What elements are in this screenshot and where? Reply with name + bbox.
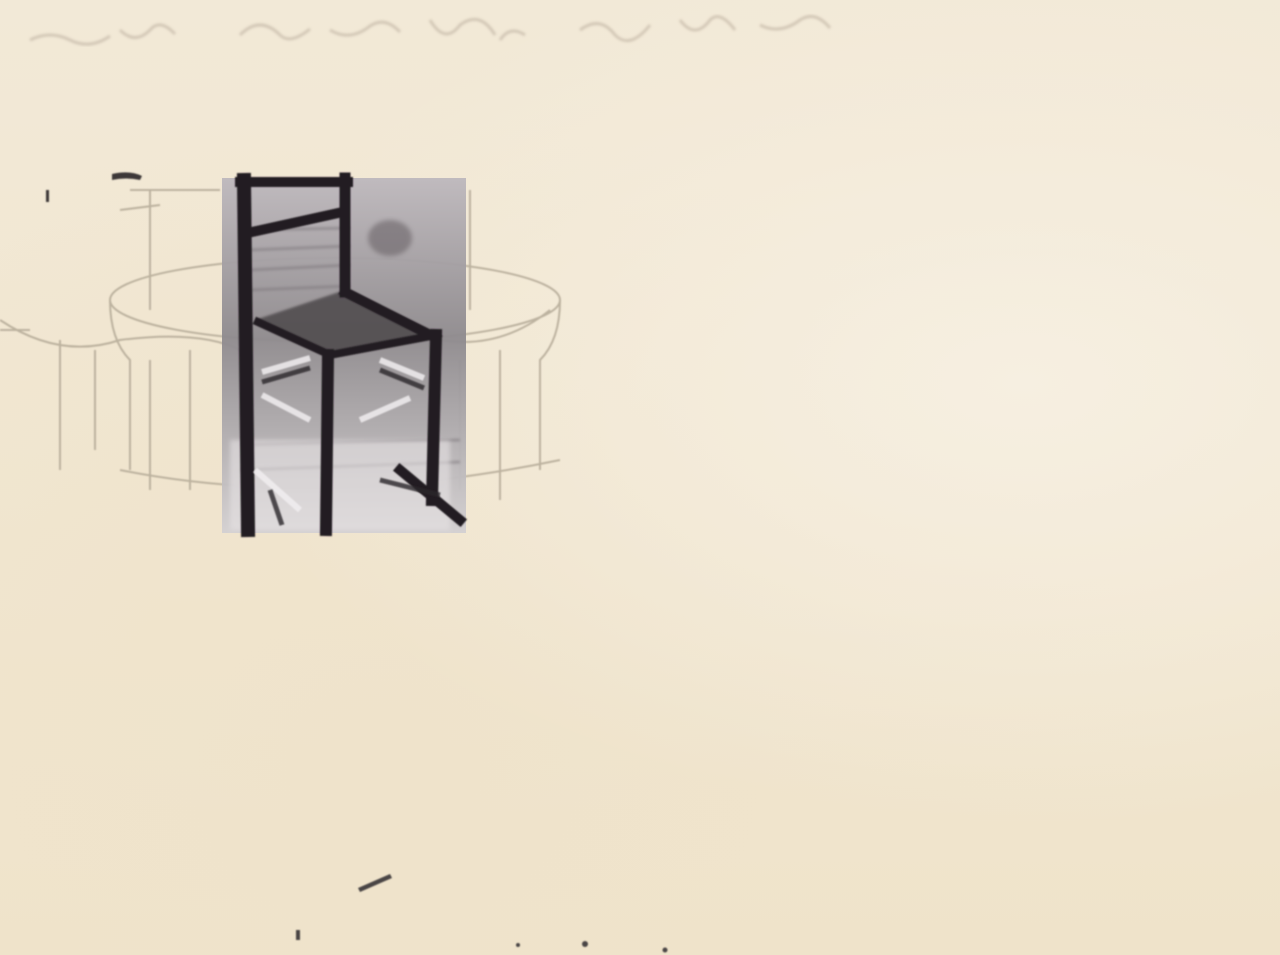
bottom-graphite-marks [296,874,668,953]
chair-collage [222,178,466,533]
artwork-drawing [0,0,1280,955]
graphite-marks-top-left [46,172,142,202]
artwork-canvas: Chair drawing with collage [0,0,1280,955]
faint-handwriting [30,16,830,44]
